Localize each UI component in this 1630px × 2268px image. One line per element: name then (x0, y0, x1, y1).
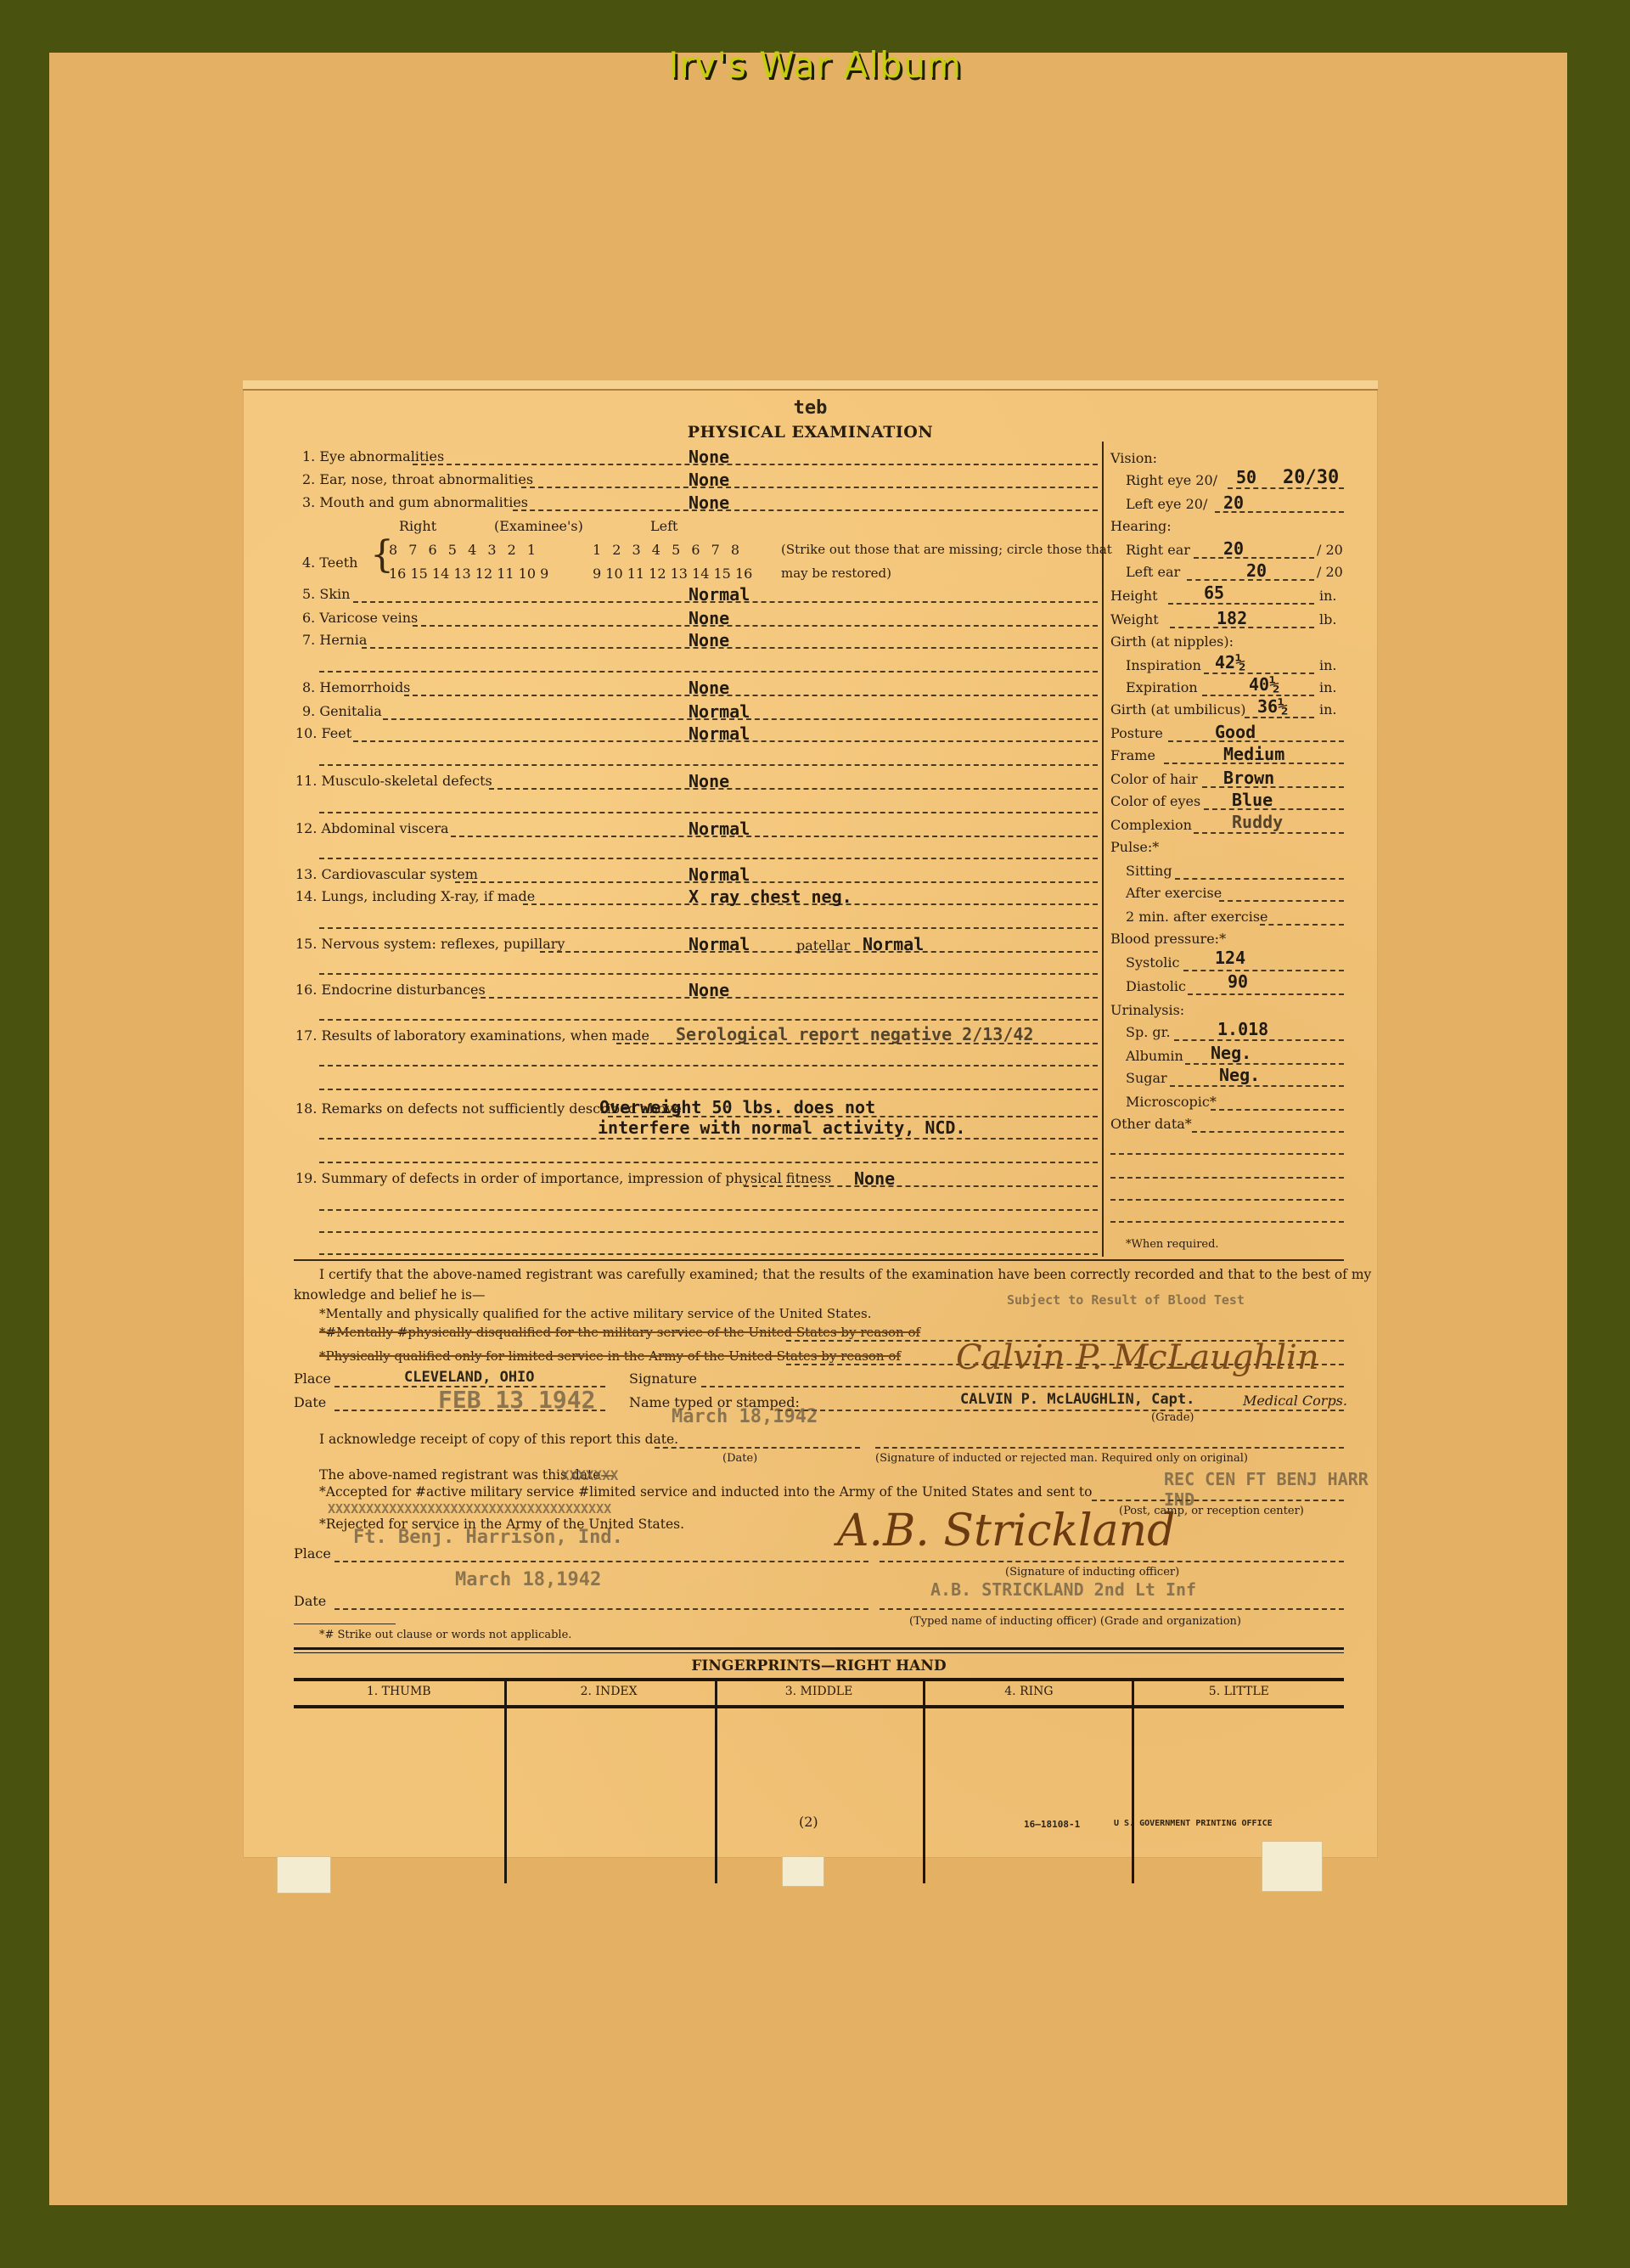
exam-date-stamp: FEB 13 1942 (438, 1386, 595, 1414)
teeth-lower-right: 16 15 14 13 12 11 10 9 (389, 566, 548, 582)
fingerprints-title: FINGERPRINTS—RIGHT HAND (294, 1657, 1344, 1674)
form-number: 16—18108-1 (1024, 1819, 1080, 1830)
physical-examination-form: teb PHYSICAL EXAMINATION 1. Eye abnormal… (243, 380, 1378, 1858)
blank-line (319, 1253, 1098, 1255)
blank-line (319, 1162, 1098, 1163)
diastolic-value: 90 (1228, 971, 1248, 992)
struck-disqualified: *#Mentally #physically disqualified for … (319, 1325, 920, 1340)
exam-value: None (689, 630, 729, 650)
exam-value: Normal (689, 723, 750, 744)
exam-value: Normal (689, 584, 750, 605)
receipt-date: March 18,1942 (672, 1406, 818, 1427)
blank-line (319, 812, 1098, 813)
eyes-value: Blue (1232, 790, 1273, 810)
page-number: (2) (799, 1814, 818, 1830)
fingerprint-column-little: 5. LITTLE (1134, 1685, 1344, 1698)
form-title: PHYSICAL EXAMINATION (243, 423, 1378, 442)
albumin-value: Neg. (1211, 1043, 1251, 1063)
exam-value: None (689, 678, 729, 698)
blank-line (319, 1231, 1098, 1233)
complexion-value: Ruddy (1232, 812, 1283, 832)
hair-value: Brown (1223, 768, 1274, 788)
exam-value: Normal (689, 701, 750, 722)
exam-value: Normal (689, 819, 750, 839)
inducting-officer-signature: A.B. Strickland (837, 1505, 1175, 1556)
paper-top-edge (243, 380, 1378, 391)
fingerprint-column-thumb: 1. THUMB (294, 1685, 503, 1698)
struck-limited: *Physically qualified only for limited s… (319, 1348, 901, 1364)
exam-value: Normal (689, 864, 750, 885)
blank-line (319, 858, 1098, 859)
left-ear-value: 20 (1246, 560, 1267, 581)
examiner-signature: Calvin P. McLaughlin (956, 1338, 1319, 1377)
typist-initials: teb (243, 397, 1378, 419)
blank-line (319, 1209, 1098, 1211)
exam-value: Overweight 50 lbs. does not (599, 1097, 875, 1117)
tape-middle (782, 1856, 824, 1887)
fingerprint-column-ring: 4. RING (924, 1685, 1133, 1698)
teeth-lower-left: 9 10 11 12 13 14 15 16 (593, 566, 752, 582)
blank-line (319, 764, 1098, 766)
blank-line (319, 1138, 1098, 1140)
blank-line (319, 1019, 1098, 1021)
tape-right (1262, 1841, 1323, 1892)
exam-value: Normal (689, 934, 750, 954)
frame-value: Medium (1223, 744, 1284, 764)
exam-value: None (854, 1168, 895, 1189)
induction-place-value: Ft. Benj. Harrison, Ind. (353, 1527, 623, 1548)
exam-value: X ray chest neg. (689, 886, 852, 907)
exam-place-value: CLEVELAND, OHIO (404, 1369, 535, 1386)
reception-center-value: REC CEN FT BENJ HARR IND (1164, 1469, 1378, 1510)
expiration-value: 40½ (1249, 674, 1279, 695)
exam-value: None (689, 492, 729, 513)
inspiration-value: 42½ (1215, 652, 1245, 673)
exam-value: None (689, 447, 729, 467)
spgr-value: 1.018 (1217, 1019, 1268, 1039)
systolic-value: 124 (1215, 948, 1245, 968)
right-eye-corrected: 20/30 (1283, 467, 1339, 488)
weight-value: 182 (1217, 608, 1247, 628)
blank-line (319, 1089, 1098, 1090)
induction-date-value: March 18,1942 (455, 1569, 601, 1590)
right-ear-value: 20 (1223, 538, 1244, 559)
tape-left (277, 1856, 331, 1894)
column-divider (1102, 442, 1104, 1257)
posture-value: Good (1215, 722, 1256, 742)
examiner-name: CALVIN P. McLAUGHLIN, Capt. (960, 1391, 1194, 1408)
teeth-upper-right: 8 7 6 5 4 3 2 1 (389, 542, 539, 558)
section-divider (294, 1259, 1344, 1261)
blank-line (319, 927, 1098, 929)
blood-test-stamp: Subject to Result of Blood Test (1007, 1292, 1245, 1308)
exam-value: None (689, 470, 729, 490)
blank-line (319, 671, 1098, 673)
left-eye-value: 20 (1223, 492, 1244, 513)
printer-credit: U S. GOVERNMENT PRINTING OFFICE (1114, 1819, 1273, 1828)
sugar-value: Neg. (1219, 1065, 1260, 1085)
inducting-officer-typed: A.B. STRICKLAND 2nd Lt Inf (930, 1579, 1196, 1600)
album-title: Irv's War Album (0, 44, 1630, 86)
exam-value-patellar: Normal (863, 934, 924, 954)
right-eye-value: 50 (1236, 467, 1256, 487)
fingerprint-column-index: 2. INDEX (503, 1685, 713, 1698)
exam-value-continued: interfere with normal activity, NCD. (598, 1117, 965, 1138)
blank-line (319, 973, 1098, 975)
blank-line (319, 1065, 1098, 1066)
exam-value: None (689, 771, 729, 791)
exam-value: Serological report negative 2/13/42 (676, 1024, 1033, 1044)
teeth-upper-left: 1 2 3 4 5 6 7 8 (593, 542, 743, 558)
height-value: 65 (1204, 582, 1224, 603)
exam-value: None (689, 608, 729, 628)
exam-value: None (689, 980, 729, 1000)
girth-umbilicus-value: 36½ (1257, 696, 1288, 717)
fingerprint-column-middle: 3. MIDDLE (714, 1685, 924, 1698)
